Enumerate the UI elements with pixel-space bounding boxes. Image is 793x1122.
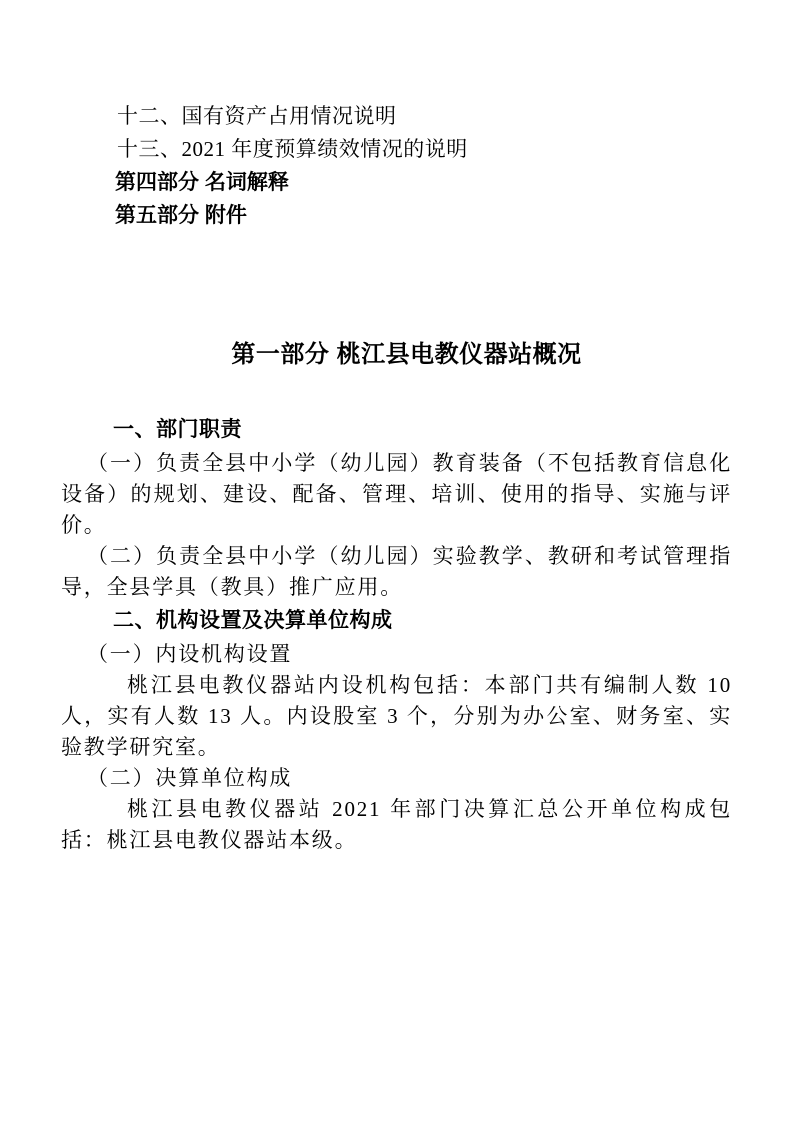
section-2-sub-2-paragraph: 桃江县电教仪器站 2021 年部门决算汇总公开单位构成包括：桃江县电教仪器站本级… bbox=[61, 794, 732, 856]
toc-part-five: 第五部分 附件 bbox=[61, 199, 732, 232]
section-2-sub-1-paragraph: 桃江县电教仪器站内设机构包括：本部门共有编制人数 10 人，实有人数 13 人。… bbox=[61, 670, 732, 763]
section-2-sub-1-heading: （一）内设机构设置 bbox=[61, 639, 732, 670]
toc-item-12: 十二、国有资产占用情况说明 bbox=[61, 100, 732, 133]
section-1-paragraph-1: （一）负责全县中小学（幼儿园）教育装备（不包括教育信息化设备）的规划、建设、配备… bbox=[61, 448, 732, 541]
section-2-heading: 二、机构设置及决算单位构成 bbox=[61, 603, 732, 639]
toc-part-four: 第四部分 名词解释 bbox=[61, 166, 732, 199]
document-page: 十二、国有资产占用情况说明 十三、2021 年度预算绩效情况的说明 第四部分 名… bbox=[0, 0, 793, 1122]
page-content: 十二、国有资产占用情况说明 十三、2021 年度预算绩效情况的说明 第四部分 名… bbox=[0, 0, 793, 856]
part-one-title: 第一部分 桃江县电教仪器站概况 bbox=[81, 336, 732, 374]
section-1-paragraph-2: （二）负责全县中小学（幼儿园）实验教学、教研和考试管理指导，全县学具（教具）推广… bbox=[61, 541, 732, 603]
toc-item-13: 十三、2021 年度预算绩效情况的说明 bbox=[61, 133, 732, 166]
section-2-sub-2-heading: （二）决算单位构成 bbox=[61, 763, 732, 794]
section-1-heading: 一、部门职责 bbox=[61, 412, 732, 448]
